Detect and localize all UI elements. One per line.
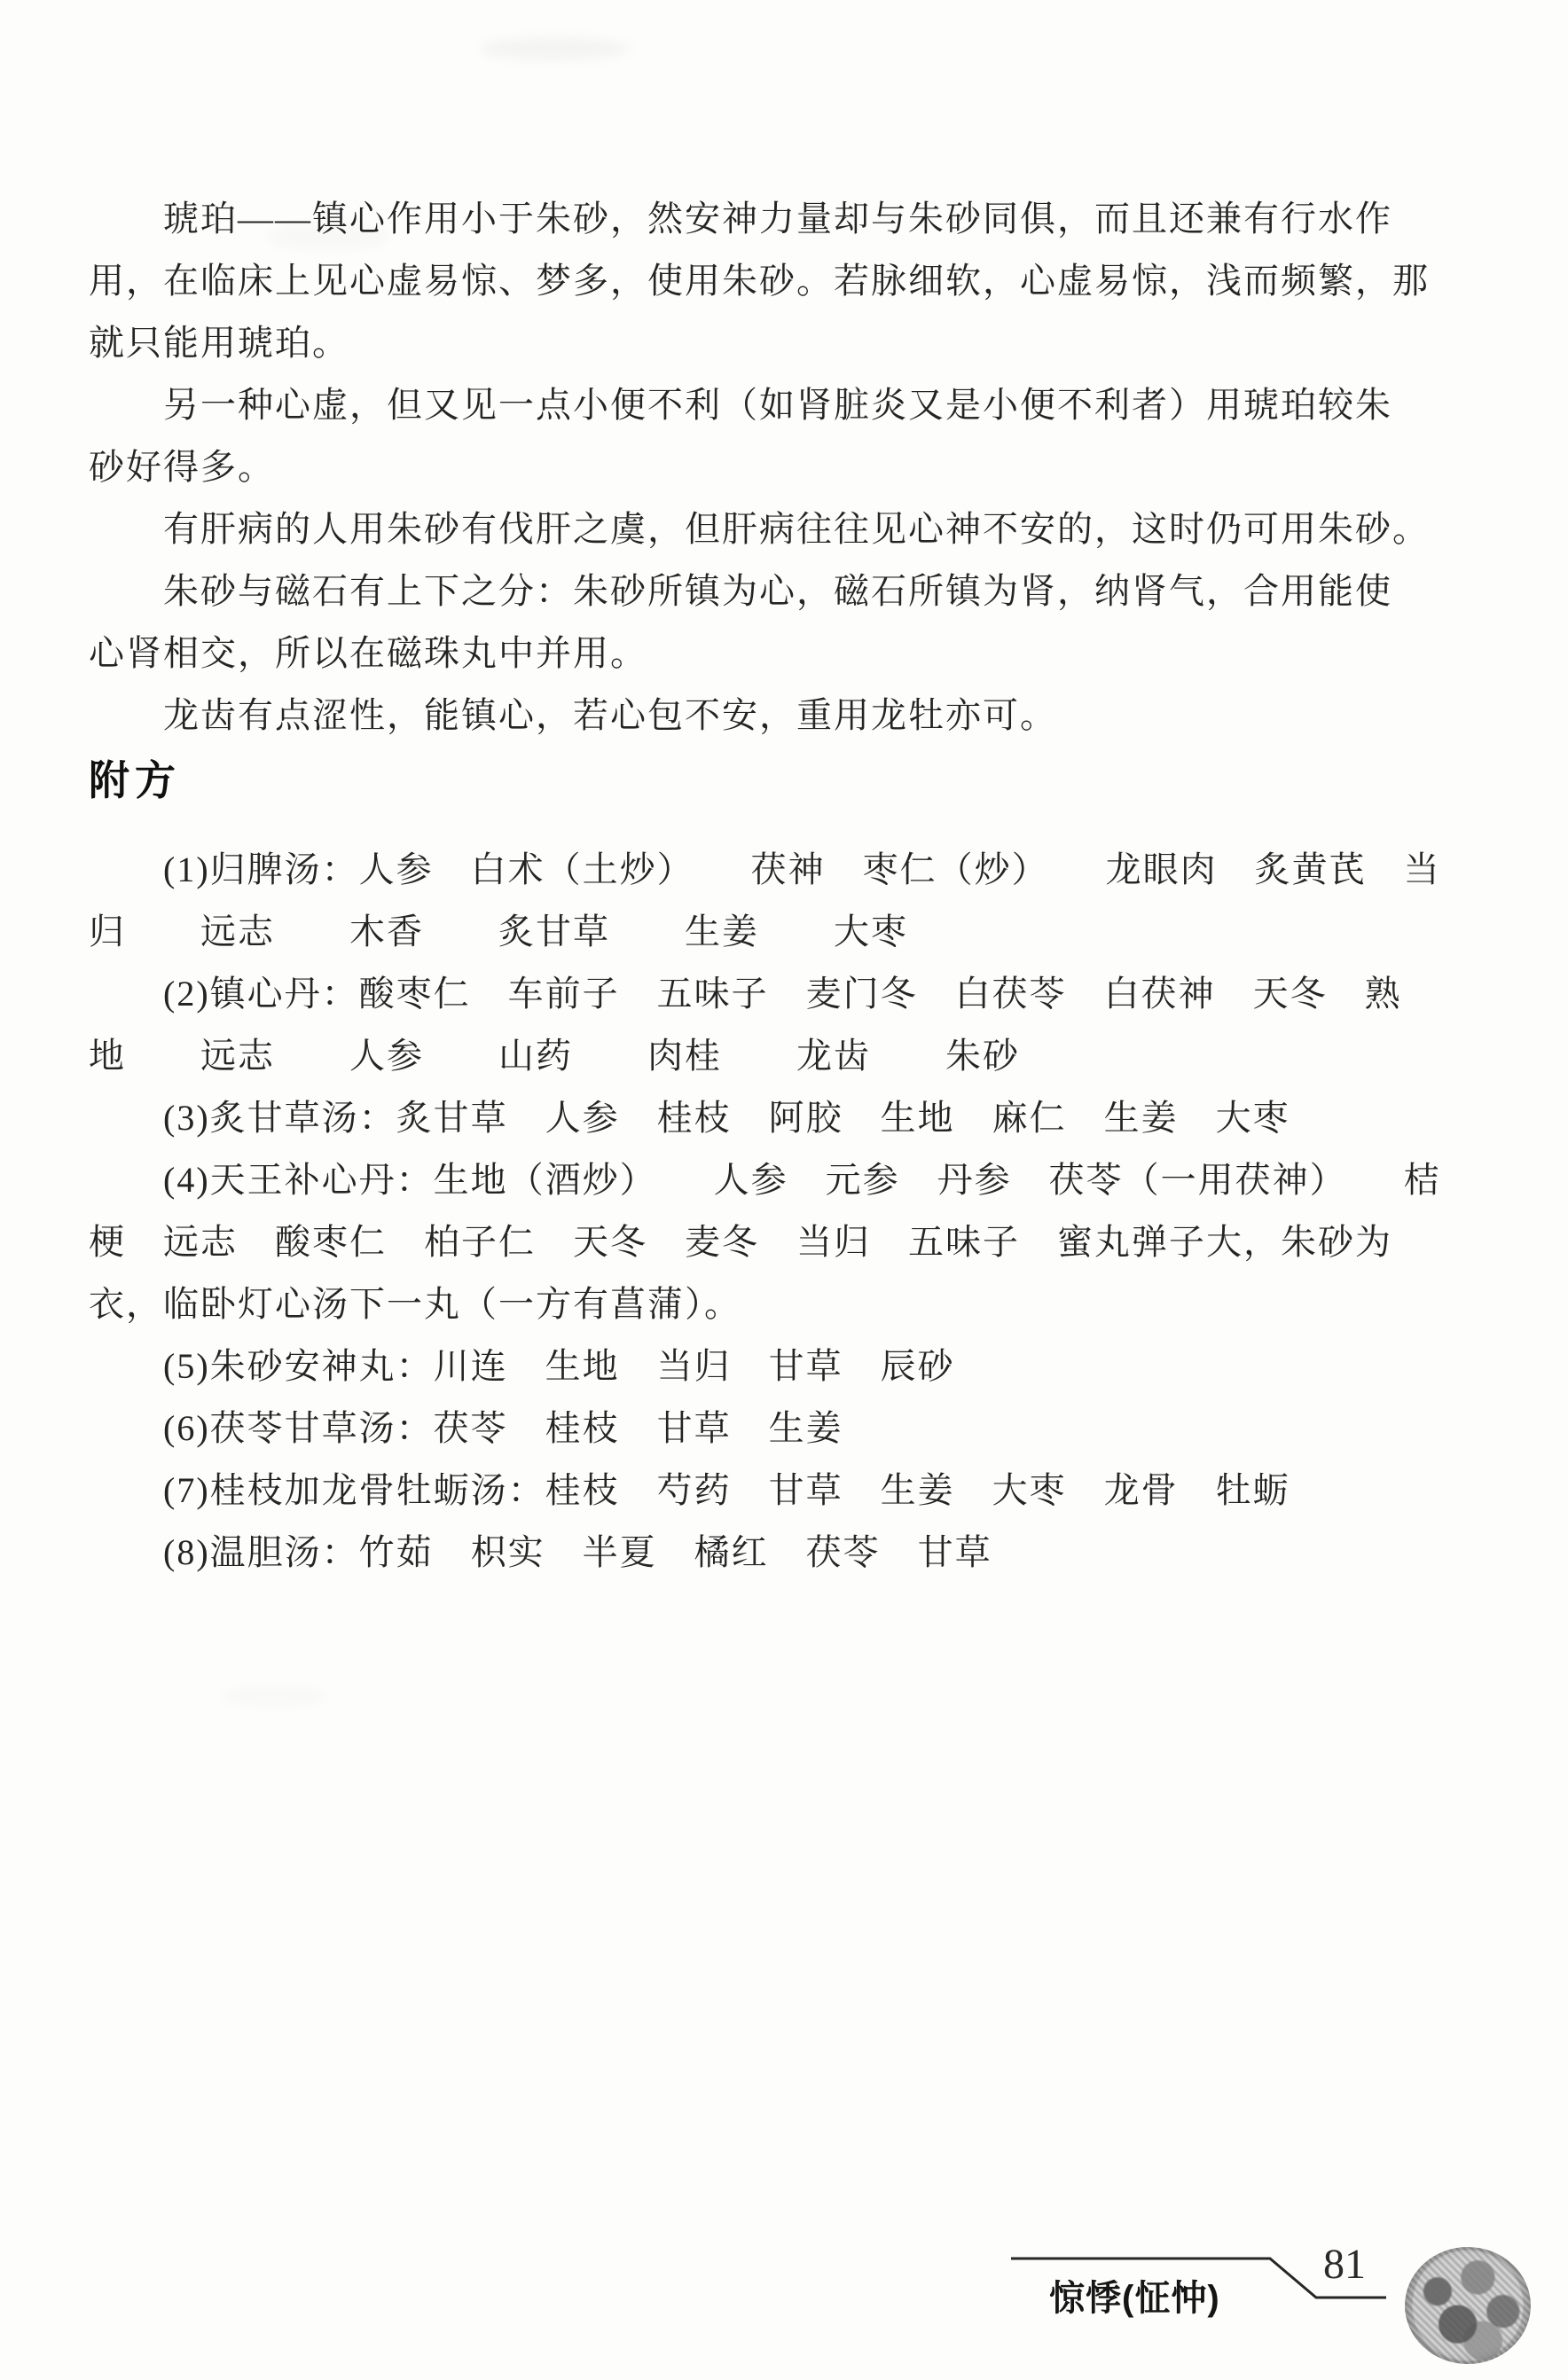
- paragraph: 有肝病的人用朱砂有伐肝之虞，但肝病往往见心神不安的，这时仍可用朱砂。: [89, 498, 1483, 560]
- scanned-page: 琥珀——镇心作用小于朱砂，然安神力量却与朱砂同俱，而且还兼有行水作 用，在临床上…: [0, 0, 1568, 2380]
- formula-line: 衣，临卧灯心汤下一丸（一方有菖蒲）。: [89, 1273, 1483, 1335]
- formula-line: (6)茯苓甘草汤：茯苓 桂枝 甘草 生姜: [89, 1397, 1483, 1460]
- text-line: 就只能用琥珀。: [89, 312, 1483, 374]
- formula-item: (6)茯苓甘草汤：茯苓 桂枝 甘草 生姜: [89, 1397, 1483, 1460]
- formula-line: 地 远志 人参 山药 肉桂 龙齿 朱砂: [89, 1025, 1483, 1087]
- scan-smudge: [479, 37, 630, 60]
- formula-item: (4)天王补心丹：生地（酒炒） 人参 元参 丹参 茯苓（一用茯神） 桔 梗 远志…: [89, 1149, 1483, 1335]
- paragraph: 朱砂与磁石有上下之分：朱砂所镇为心，磁石所镇为肾，纳肾气，合用能使 心肾相交，所…: [89, 560, 1483, 685]
- formula-item: (2)镇心丹：酸枣仁 车前子 五味子 麦门冬 白茯苓 白茯神 天冬 熟 地 远志…: [89, 963, 1483, 1087]
- formula-line: 梗 远志 酸枣仁 柏子仁 天冬 麦冬 当归 五味子 蜜丸弹子大，朱砂为: [89, 1211, 1483, 1273]
- formula-item: (7)桂枝加龙骨牡蛎汤：桂枝 芍药 甘草 生姜 大枣 龙骨 牡蛎: [89, 1460, 1483, 1522]
- text-line: 用，在临床上见心虚易惊、梦多，使用朱砂。若脉细软，心虚易惊，浅而频繁，那: [89, 250, 1483, 312]
- section-heading: 附方: [89, 752, 1483, 809]
- page-body: 琥珀——镇心作用小于朱砂，然安神力量却与朱砂同俱，而且还兼有行水作 用，在临床上…: [89, 188, 1483, 1584]
- text-line: 龙齿有点涩性，能镇心，若心包不安，重用龙牡亦可。: [89, 685, 1483, 747]
- decorative-stamp: [1405, 2247, 1531, 2364]
- formula-item: (8)温胆汤：竹茹 枳实 半夏 橘红 茯苓 甘草: [89, 1522, 1483, 1584]
- formula-line: (7)桂枝加龙骨牡蛎汤：桂枝 芍药 甘草 生姜 大枣 龙骨 牡蛎: [89, 1460, 1483, 1522]
- formula-line: (8)温胆汤：竹茹 枳实 半夏 橘红 茯苓 甘草: [89, 1522, 1483, 1584]
- paragraph: 琥珀——镇心作用小于朱砂，然安神力量却与朱砂同俱，而且还兼有行水作 用，在临床上…: [89, 188, 1483, 374]
- formula-line: 归 远志 木香 炙甘草 生姜 大枣: [89, 901, 1483, 963]
- formula-item: (5)朱砂安神丸：川连 生地 当归 甘草 辰砂: [89, 1335, 1483, 1397]
- paragraph: 龙齿有点涩性，能镇心，若心包不安，重用龙牡亦可。: [89, 685, 1483, 747]
- text-line: 砂好得多。: [89, 436, 1483, 498]
- text-line: 另一种心虚，但又见一点小便不利（如肾脏炎又是小便不利者）用琥珀较朱: [89, 374, 1483, 436]
- formula-line: (5)朱砂安神丸：川连 生地 当归 甘草 辰砂: [89, 1335, 1483, 1397]
- formula-line: (4)天王补心丹：生地（酒炒） 人参 元参 丹参 茯苓（一用茯神） 桔: [89, 1149, 1483, 1211]
- footer-chapter-title: 惊悸(怔忡): [1049, 2270, 1220, 2321]
- page-number: 81: [1323, 2242, 1366, 2288]
- formula-line: (3)炙甘草汤：炙甘草 人参 桂枝 阿胶 生地 麻仁 生姜 大枣: [89, 1087, 1483, 1149]
- formula-list: (1)归脾汤：人参 白术（土炒） 茯神 枣仁（炒） 龙眼肉 炙黄芪 当 归 远志…: [89, 839, 1483, 1584]
- paragraph: 另一种心虚，但又见一点小便不利（如肾脏炎又是小便不利者）用琥珀较朱 砂好得多。: [89, 374, 1483, 498]
- formula-item: (3)炙甘草汤：炙甘草 人参 桂枝 阿胶 生地 麻仁 生姜 大枣: [89, 1087, 1483, 1149]
- text-line: 琥珀——镇心作用小于朱砂，然安神力量却与朱砂同俱，而且还兼有行水作: [89, 188, 1483, 250]
- formula-item: (1)归脾汤：人参 白术（土炒） 茯神 枣仁（炒） 龙眼肉 炙黄芪 当 归 远志…: [89, 839, 1483, 963]
- text-line: 心肾相交，所以在磁珠丸中并用。: [89, 622, 1483, 685]
- formula-line: (1)归脾汤：人参 白术（土炒） 茯神 枣仁（炒） 龙眼肉 炙黄芪 当: [89, 839, 1483, 901]
- text-line: 朱砂与磁石有上下之分：朱砂所镇为心，磁石所镇为肾，纳肾气，合用能使: [89, 560, 1483, 622]
- text-line: 有肝病的人用朱砂有伐肝之虞，但肝病往往见心神不安的，这时仍可用朱砂。: [89, 498, 1483, 560]
- formula-line: (2)镇心丹：酸枣仁 车前子 五味子 麦门冬 白茯苓 白茯神 天冬 熟: [89, 963, 1483, 1025]
- scan-smudge: [222, 1685, 328, 1708]
